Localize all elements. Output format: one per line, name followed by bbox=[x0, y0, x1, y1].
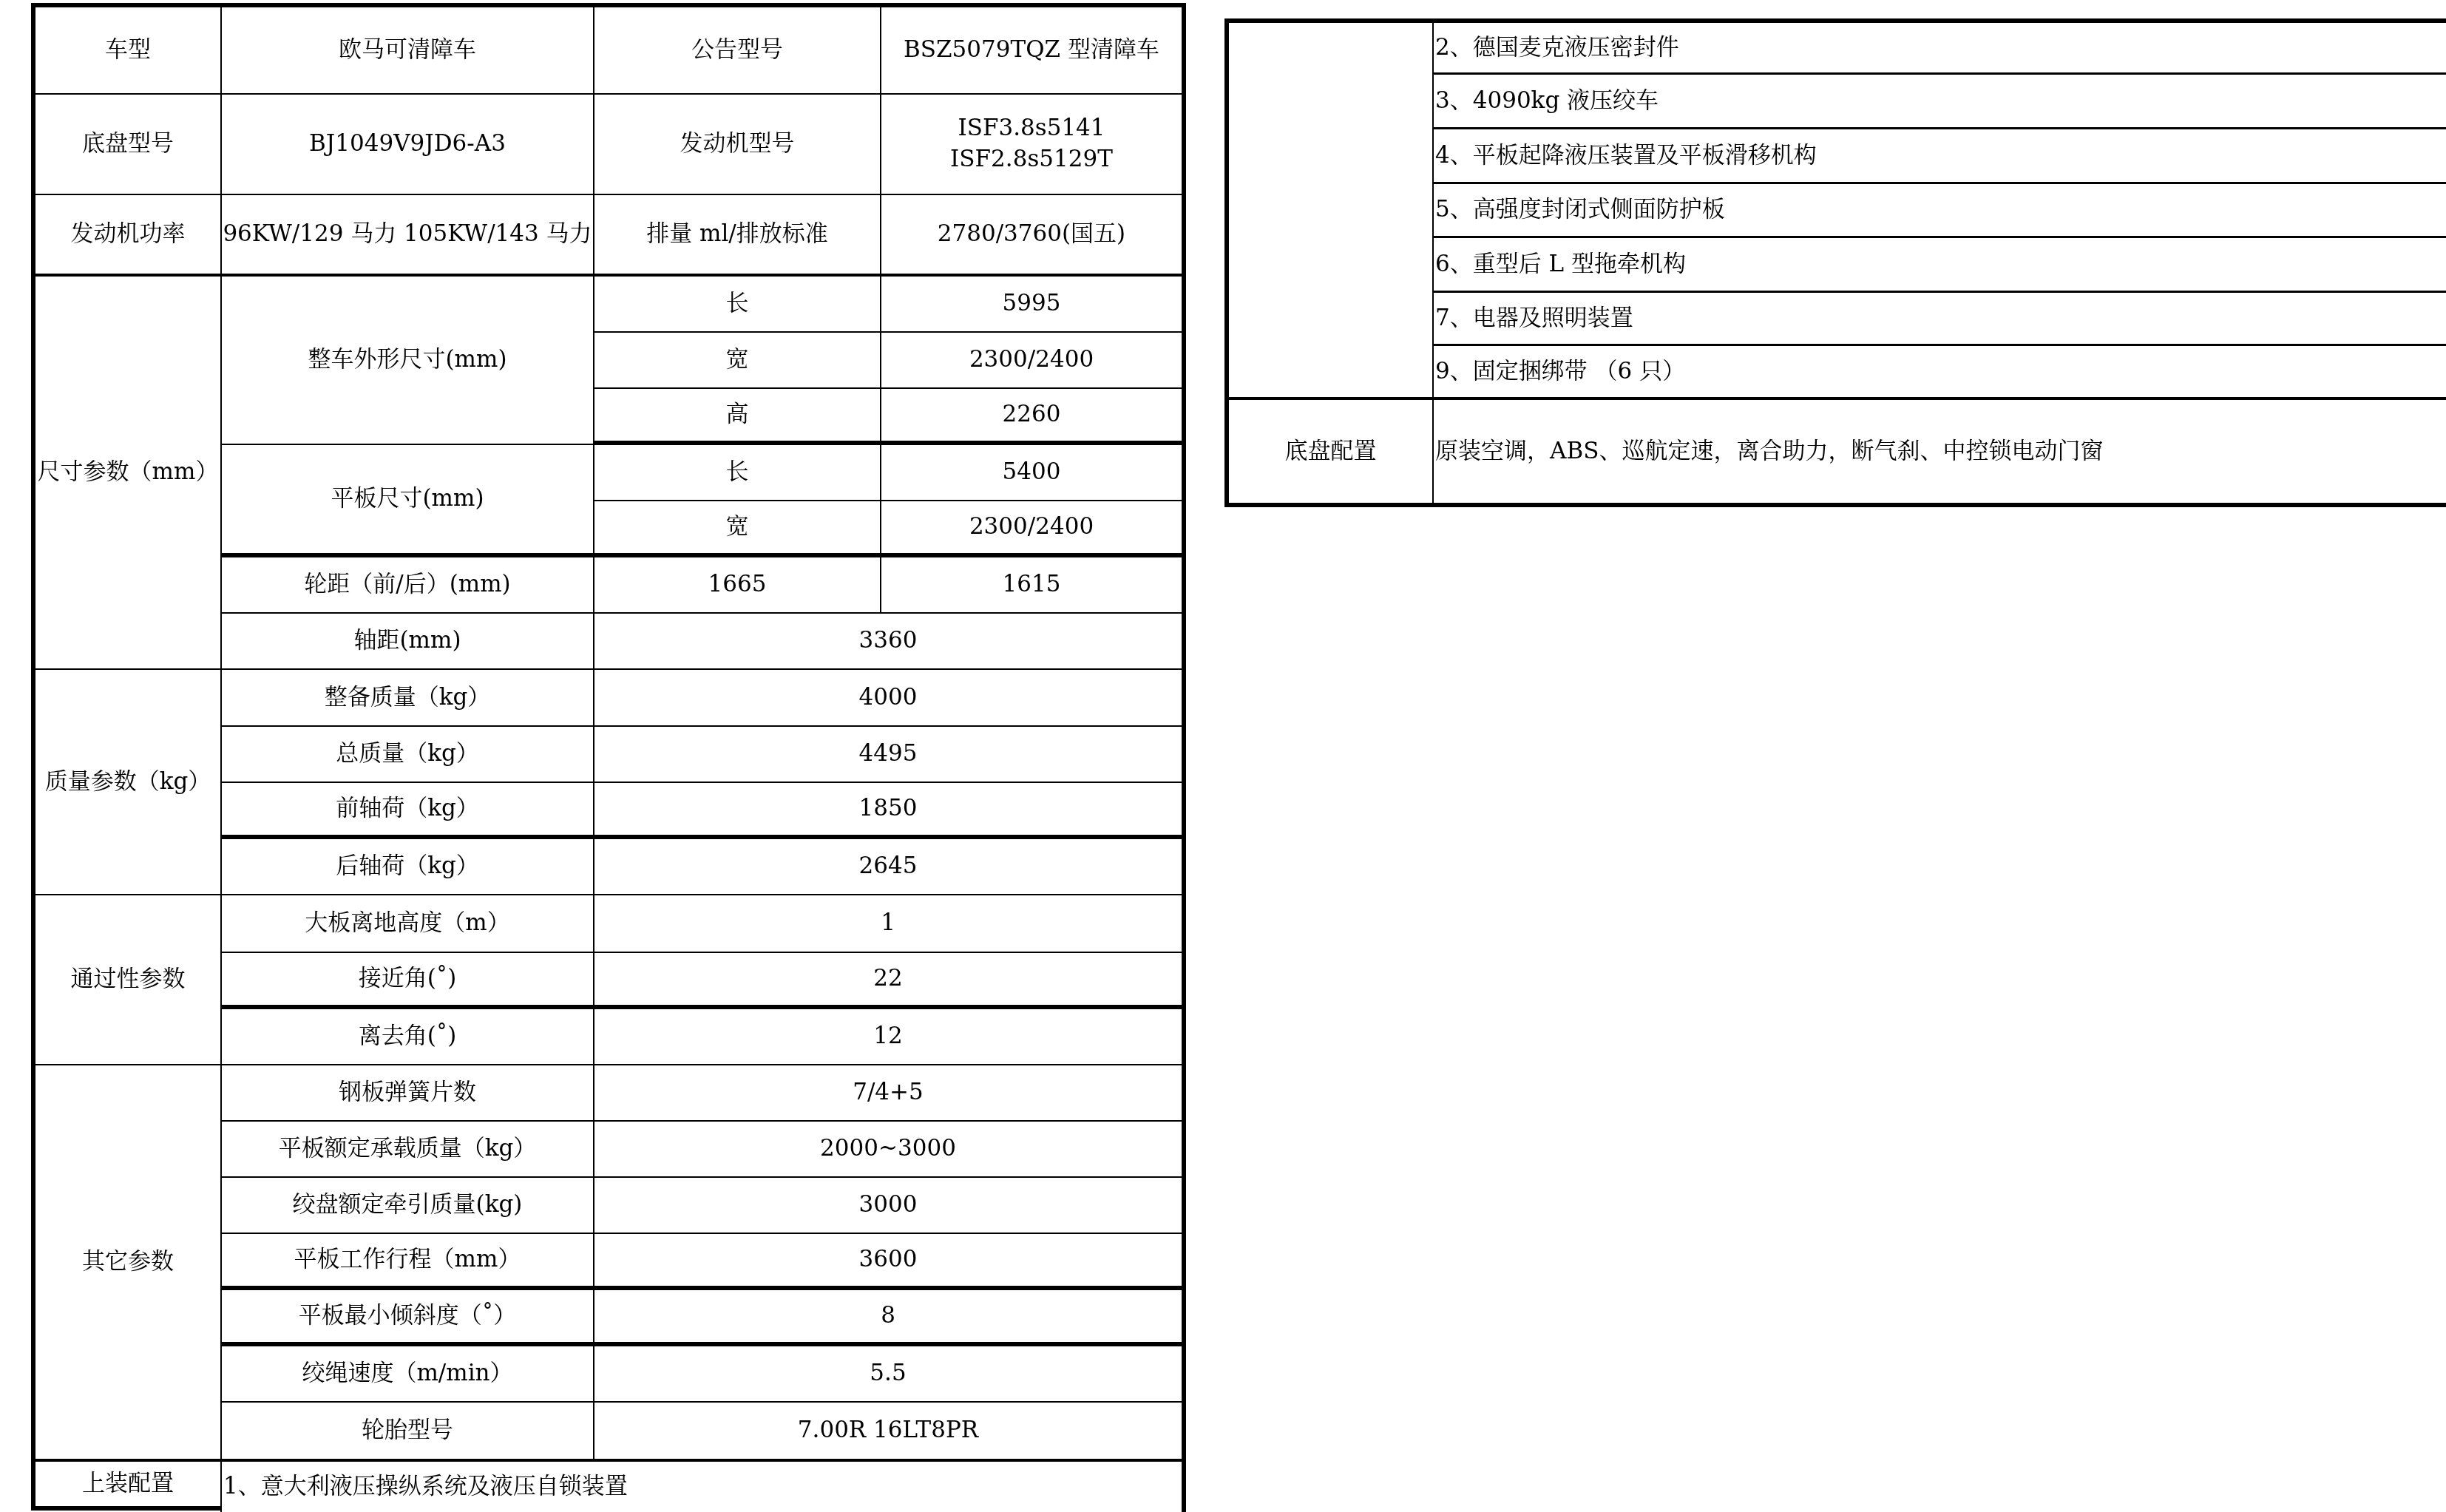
platform-ground-clearance-label: 大板离地高度（m） bbox=[220, 894, 594, 953]
body-config-item-3: 3、4090kg 液压绞车 bbox=[1432, 72, 2446, 129]
body-config-continuation-label bbox=[1224, 18, 1434, 401]
flatbed-width-label: 宽 bbox=[593, 500, 881, 557]
overall-width-label: 宽 bbox=[593, 331, 881, 389]
overall-length-label: 长 bbox=[593, 275, 881, 333]
body-config-item-1: 1、意大利液压操纵系统及液压自锁装置 bbox=[220, 1460, 1186, 1512]
body-config-label: 上装配置 bbox=[31, 1460, 222, 1511]
passability-group-label: 通过性参数 bbox=[31, 894, 222, 1065]
engine-power-value: 96KW/129 马力 105KW/143 马力 bbox=[220, 194, 594, 278]
announcement-model-label: 公告型号 bbox=[593, 3, 881, 95]
mass-group-label: 质量参数（kg） bbox=[31, 668, 222, 895]
gross-weight-label: 总质量（kg） bbox=[220, 725, 594, 783]
overall-height-value: 2260 bbox=[880, 387, 1186, 445]
tire-model-label: 轮胎型号 bbox=[220, 1401, 594, 1463]
platform-travel-label: 平板工作行程（mm） bbox=[220, 1233, 594, 1290]
rear-axle-load-value: 2645 bbox=[593, 838, 1186, 895]
chassis-config-value: 原装空调，ABS、巡航定速，离合助力，断气刹、中控锁电动门窗 bbox=[1432, 399, 2446, 507]
gross-weight-value: 4495 bbox=[593, 725, 1186, 783]
min-tilt-label: 平板最小倾斜度（˚） bbox=[220, 1289, 594, 1346]
winch-rope-speed-value: 5.5 bbox=[593, 1345, 1186, 1403]
leaf-spring-count-value: 7/4+5 bbox=[593, 1064, 1186, 1122]
curb-weight-label: 整备质量（kg） bbox=[220, 668, 594, 727]
rated-load-label: 平板额定承载质量（kg） bbox=[220, 1120, 594, 1178]
body-config-item-6: 6、重型后 L 型拖牵机构 bbox=[1432, 236, 2446, 292]
front-axle-load-value: 1850 bbox=[593, 782, 1186, 839]
overall-length-value: 5995 bbox=[880, 275, 1186, 333]
rear-axle-load-label: 后轴荷（kg） bbox=[220, 838, 594, 895]
displacement-value: 2780/3760(国五) bbox=[880, 194, 1186, 278]
body-config-item-9: 9、固定捆绑带 （6 只） bbox=[1432, 344, 2446, 401]
platform-travel-value: 3600 bbox=[593, 1233, 1186, 1290]
wheelbase-value: 3360 bbox=[593, 612, 1186, 670]
curb-weight-value: 4000 bbox=[593, 668, 1186, 727]
body-config-item-4: 4、平板起降液压装置及平板滑移机构 bbox=[1432, 127, 2446, 183]
engine-model-label: 发动机型号 bbox=[593, 93, 881, 195]
engine-model-1: ISF3.8s5141 bbox=[958, 113, 1105, 144]
flatbed-length-label: 长 bbox=[593, 444, 881, 501]
overall-width-value: 2300/2400 bbox=[880, 331, 1186, 389]
tire-model-value: 7.00R 16LT8PR bbox=[593, 1401, 1186, 1463]
approach-angle-value: 22 bbox=[593, 952, 1186, 1009]
leaf-spring-count-label: 钢板弹簧片数 bbox=[220, 1064, 594, 1122]
displacement-label: 排量 ml/排放标准 bbox=[593, 194, 881, 278]
track-label: 轮距（前/后）(mm) bbox=[220, 556, 594, 614]
announcement-model-value: BSZ5079TQZ 型清障车 bbox=[880, 3, 1186, 95]
front-axle-load-label: 前轴荷（kg） bbox=[220, 782, 594, 839]
min-tilt-value: 8 bbox=[593, 1289, 1186, 1346]
body-config-item-7: 7、电器及照明装置 bbox=[1432, 291, 2446, 345]
winch-rope-speed-label: 绞绳速度（m/min） bbox=[220, 1345, 594, 1403]
departure-angle-value: 12 bbox=[593, 1008, 1186, 1065]
overall-height-label: 高 bbox=[593, 387, 881, 445]
vehicle-type-label: 车型 bbox=[31, 3, 222, 95]
platform-ground-clearance-value: 1 bbox=[593, 894, 1186, 953]
flatbed-length-value: 5400 bbox=[880, 444, 1186, 501]
body-config-item-2: 2、德国麦克液压密封件 bbox=[1432, 18, 2446, 74]
engine-power-label: 发动机功率 bbox=[31, 194, 222, 278]
approach-angle-label: 接近角(˚) bbox=[220, 952, 594, 1009]
chassis-model-label: 底盘型号 bbox=[31, 93, 222, 195]
track-front-value: 1665 bbox=[593, 556, 881, 614]
departure-angle-label: 离去角(˚) bbox=[220, 1008, 594, 1065]
flatbed-width-value: 2300/2400 bbox=[880, 500, 1186, 557]
other-group-label: 其它参数 bbox=[31, 1064, 222, 1463]
winch-traction-value: 3000 bbox=[593, 1176, 1186, 1234]
track-rear-value: 1615 bbox=[880, 556, 1186, 614]
body-config-item-5: 5、高强度封闭式侧面防护板 bbox=[1432, 182, 2446, 237]
winch-traction-label: 绞盘额定牵引质量(kg) bbox=[220, 1176, 594, 1234]
wheelbase-label: 轴距(mm) bbox=[220, 612, 594, 670]
vehicle-type-value: 欧马可清障车 bbox=[220, 3, 594, 95]
engine-model-2: ISF2.8s5129T bbox=[950, 144, 1113, 175]
dimensions-group-label: 尺寸参数（mm） bbox=[31, 275, 222, 670]
chassis-config-label: 底盘配置 bbox=[1224, 399, 1434, 507]
rated-load-value: 2000~3000 bbox=[593, 1120, 1186, 1178]
flatbed-dimensions-label: 平板尺寸(mm) bbox=[220, 444, 594, 557]
chassis-model-value: BJ1049V9JD6-A3 bbox=[220, 93, 594, 195]
engine-model-value: ISF3.8s5141 ISF2.8s5129T bbox=[880, 93, 1186, 195]
overall-dimensions-label: 整车外形尺寸(mm) bbox=[220, 275, 594, 445]
